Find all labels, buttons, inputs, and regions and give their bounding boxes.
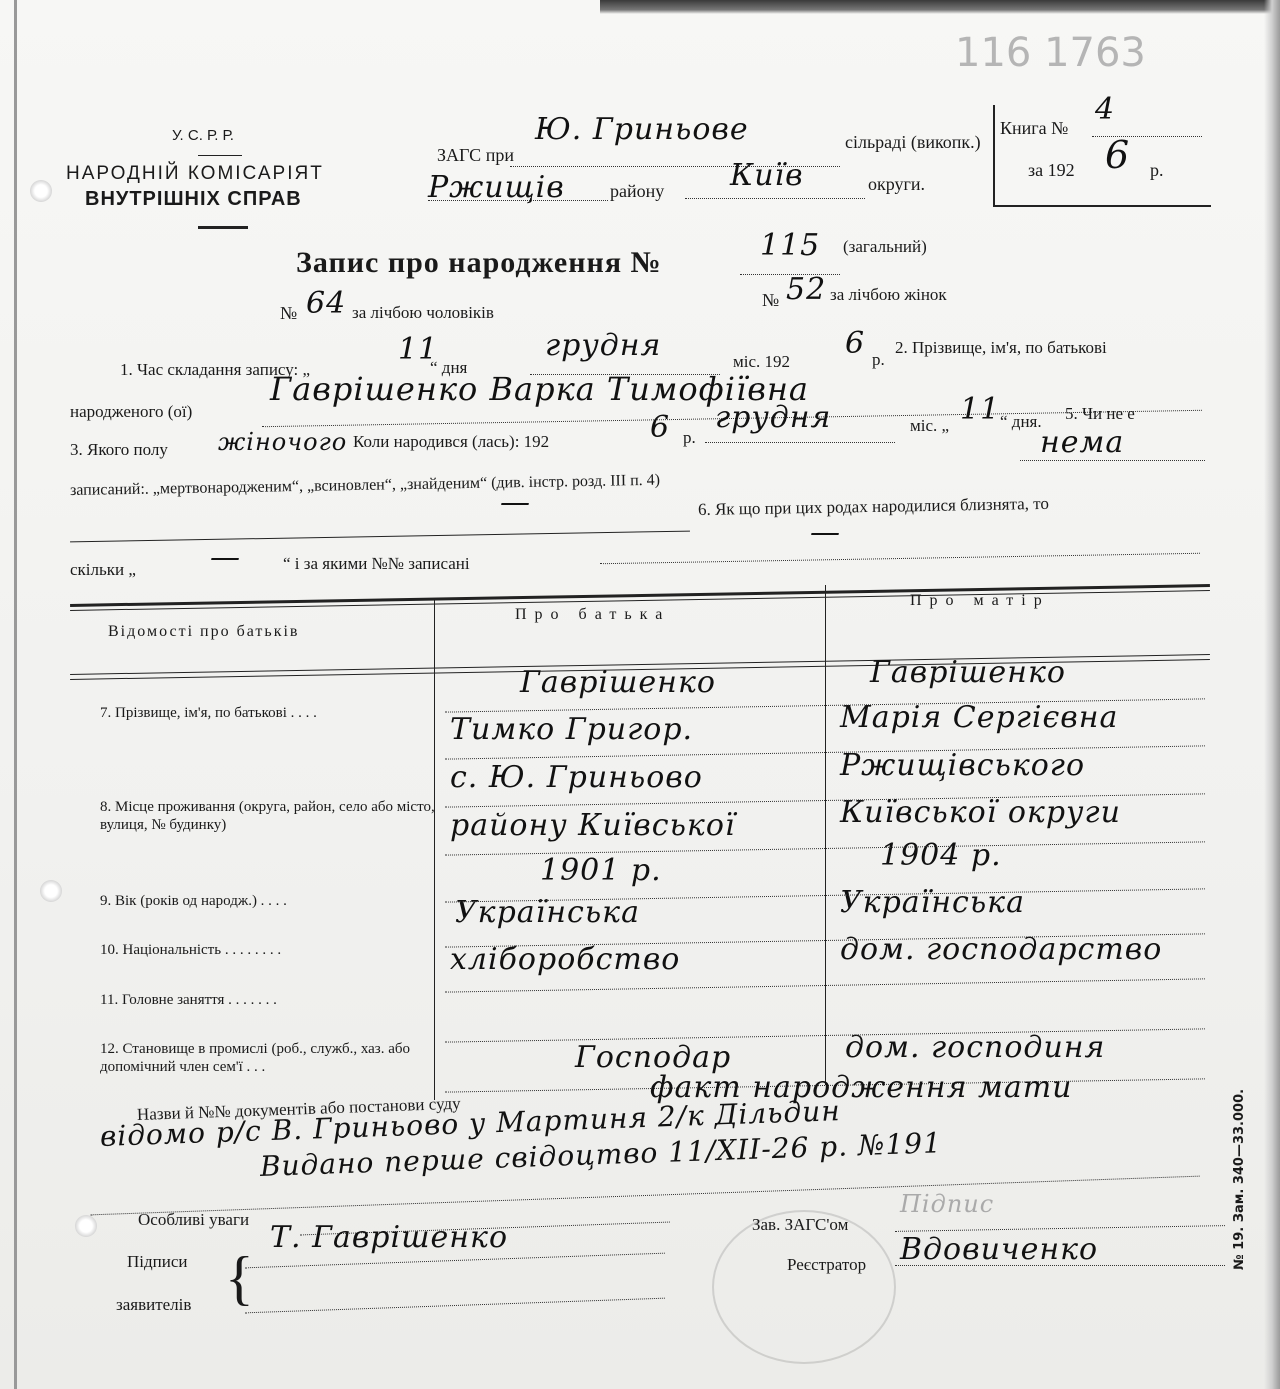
male-prefix: № bbox=[280, 303, 297, 324]
republic-label: У. С. Р. Р. bbox=[172, 127, 234, 144]
f6-line bbox=[600, 553, 1200, 564]
male-label: за лічбою чоловіків bbox=[352, 303, 494, 323]
row-7-label: 7. Прізвище, ім'я, по батькові . . . . bbox=[100, 705, 317, 722]
book-year-value: 6 bbox=[1105, 133, 1130, 177]
record-title: Запис про народження № bbox=[296, 246, 662, 280]
binding-line bbox=[14, 0, 17, 1389]
registrar-line bbox=[895, 1265, 1225, 1266]
female-label: за лічбою жінок bbox=[830, 285, 947, 305]
female-prefix: № bbox=[762, 290, 779, 311]
notes-label: Особливі уваги bbox=[138, 1210, 249, 1230]
row-7-mother-1: Гаврішенко bbox=[870, 655, 1066, 690]
row-8-mother-2: Київської округи bbox=[840, 795, 1121, 830]
raion-label: району bbox=[610, 181, 664, 202]
f6-count: — bbox=[210, 540, 241, 575]
zags-head-label: Зав. ЗАГС'ом bbox=[752, 1215, 848, 1235]
book-year-suffix: р. bbox=[1150, 160, 1164, 181]
table-col-divider bbox=[825, 585, 826, 1085]
zags-label: ЗАГС при bbox=[437, 145, 514, 166]
table-header-father: Про батька bbox=[515, 606, 670, 624]
table-header-mother: Про матір bbox=[910, 592, 1050, 610]
signature-line bbox=[245, 1253, 665, 1269]
f4-day-suffix: “ дня. bbox=[1000, 412, 1042, 432]
row-9-father: 1901 р. bbox=[540, 853, 662, 888]
silradi-label: сільраді (викопк.) bbox=[845, 132, 981, 153]
row-10-mother: Українська bbox=[840, 885, 1025, 920]
row-11-label: 11. Головне заняття . . . . . . . bbox=[100, 992, 277, 1009]
record-number: 115 bbox=[760, 228, 820, 263]
f5-dash: — bbox=[500, 485, 531, 520]
row-12-mother: дом. господиня bbox=[845, 1030, 1105, 1065]
row-10-label: 10. Національність . . . . . . . . bbox=[100, 942, 281, 959]
f3-value: жіночого bbox=[218, 428, 347, 456]
f4-month-line bbox=[705, 442, 895, 443]
zags-value: Ю. Гриньове bbox=[535, 112, 749, 147]
table-col-divider bbox=[434, 600, 435, 1100]
f4-label: Коли народився (лась): 192 bbox=[353, 432, 549, 452]
okruha-value: Київ bbox=[730, 158, 804, 193]
row-8-label: 8. Місце проживання (округа, район, село… bbox=[100, 798, 440, 834]
f2-label: 2. Прізвище, ім'я, по батькові bbox=[895, 338, 1107, 358]
print-code: № 19. Зам. 340—33.000. bbox=[1232, 1089, 1247, 1270]
registrar-signature: Вдовиченко bbox=[900, 1232, 1098, 1267]
page-shadow-top bbox=[600, 0, 1280, 14]
divider bbox=[198, 155, 242, 156]
f4-day: 11 bbox=[960, 392, 1000, 427]
row-7-father-1: Гаврішенко bbox=[520, 665, 716, 700]
raion-line bbox=[428, 200, 608, 201]
birth-record-page: У. С. Р. Р. НАРОДНІЙ КОМІСАРІЯТ ВНУТРІШН… bbox=[0, 0, 1280, 1389]
row-8-mother-1: Ржищівського bbox=[840, 748, 1085, 783]
f5-label: 5. Чи не е bbox=[1065, 404, 1135, 424]
row-9-label: 9. Вік (років од народж.) . . . . bbox=[100, 893, 287, 910]
binding-hole bbox=[30, 180, 52, 202]
f1-year-suffix: р. bbox=[872, 350, 885, 370]
general-label: (загальний) bbox=[843, 237, 927, 257]
documents-line bbox=[90, 1176, 1199, 1216]
binding-hole bbox=[40, 880, 62, 902]
f5-value: нема bbox=[1040, 425, 1124, 460]
f4-year: 6 bbox=[650, 410, 670, 445]
f1-year-label: міс. 192 bbox=[733, 352, 790, 372]
row-12-label: 12. Становище в промислі (роб., служб., … bbox=[100, 1040, 440, 1076]
f5-line bbox=[1020, 460, 1205, 461]
f2-label2: народженого (ої) bbox=[70, 402, 192, 422]
commissariat-line1: НАРОДНІЙ КОМІСАРІЯТ bbox=[66, 163, 324, 185]
commissariat-line2: ВНУТРІШНІХ СПРАВ bbox=[85, 188, 302, 211]
male-number: 64 bbox=[306, 286, 346, 321]
row-7-father-2: Тимко Григор. bbox=[450, 712, 693, 747]
signatures-label-2: заявителів bbox=[116, 1295, 191, 1315]
registrar-label: Реєстратор bbox=[787, 1255, 866, 1275]
row-11-father: хліборобство bbox=[450, 942, 680, 977]
row-9-mother: 1904 р. bbox=[880, 838, 1002, 873]
book-label: Книга № bbox=[1000, 118, 1068, 139]
f1-year: 6 bbox=[845, 326, 865, 361]
f5-underline bbox=[70, 531, 690, 543]
f4-day-label: міс. „ bbox=[910, 416, 949, 436]
divider bbox=[198, 226, 248, 229]
f6-label2: скільки „ bbox=[70, 560, 136, 580]
f3-label: 3. Якого полу bbox=[70, 440, 168, 460]
f1-month: грудня bbox=[545, 328, 661, 363]
applicant-signature: Т. Гаврішенко bbox=[270, 1220, 508, 1255]
f4-year-suffix: р. bbox=[683, 428, 696, 448]
okruha-line bbox=[685, 198, 865, 199]
okruha-label: округи. bbox=[868, 174, 925, 195]
book-number: 4 bbox=[1095, 92, 1115, 127]
book-year-label: за 192 bbox=[1028, 160, 1075, 181]
f4-month: грудня bbox=[715, 400, 831, 435]
f5-label2: записаний:. „мертвонародженим“, „всиновл… bbox=[70, 472, 660, 500]
f6-label3: “ і за якими №№ записані bbox=[283, 554, 470, 574]
signature-line bbox=[245, 1298, 665, 1314]
row-8-father-2: району Київської bbox=[450, 808, 735, 843]
female-number: 52 bbox=[786, 272, 826, 307]
pencil-archive-note: 116 1763 bbox=[955, 30, 1146, 76]
page-edge-right bbox=[1264, 0, 1280, 1389]
f6-label: 6. Як що при цих родах народилися близня… bbox=[698, 494, 1049, 520]
f6-dash: — bbox=[810, 515, 841, 550]
row-8-father-1: с. Ю. Гриньово bbox=[450, 760, 703, 795]
row-7-mother-2: Марія Сергієвна bbox=[840, 700, 1118, 735]
signatures-label-1: Підписи bbox=[127, 1252, 188, 1272]
table-header-info: Відомості про батьків bbox=[108, 623, 299, 641]
zags-head-line bbox=[895, 1225, 1225, 1232]
brace: { bbox=[225, 1248, 254, 1308]
zags-head-signature: Підпис bbox=[900, 1190, 994, 1218]
binding-hole bbox=[75, 1215, 97, 1237]
